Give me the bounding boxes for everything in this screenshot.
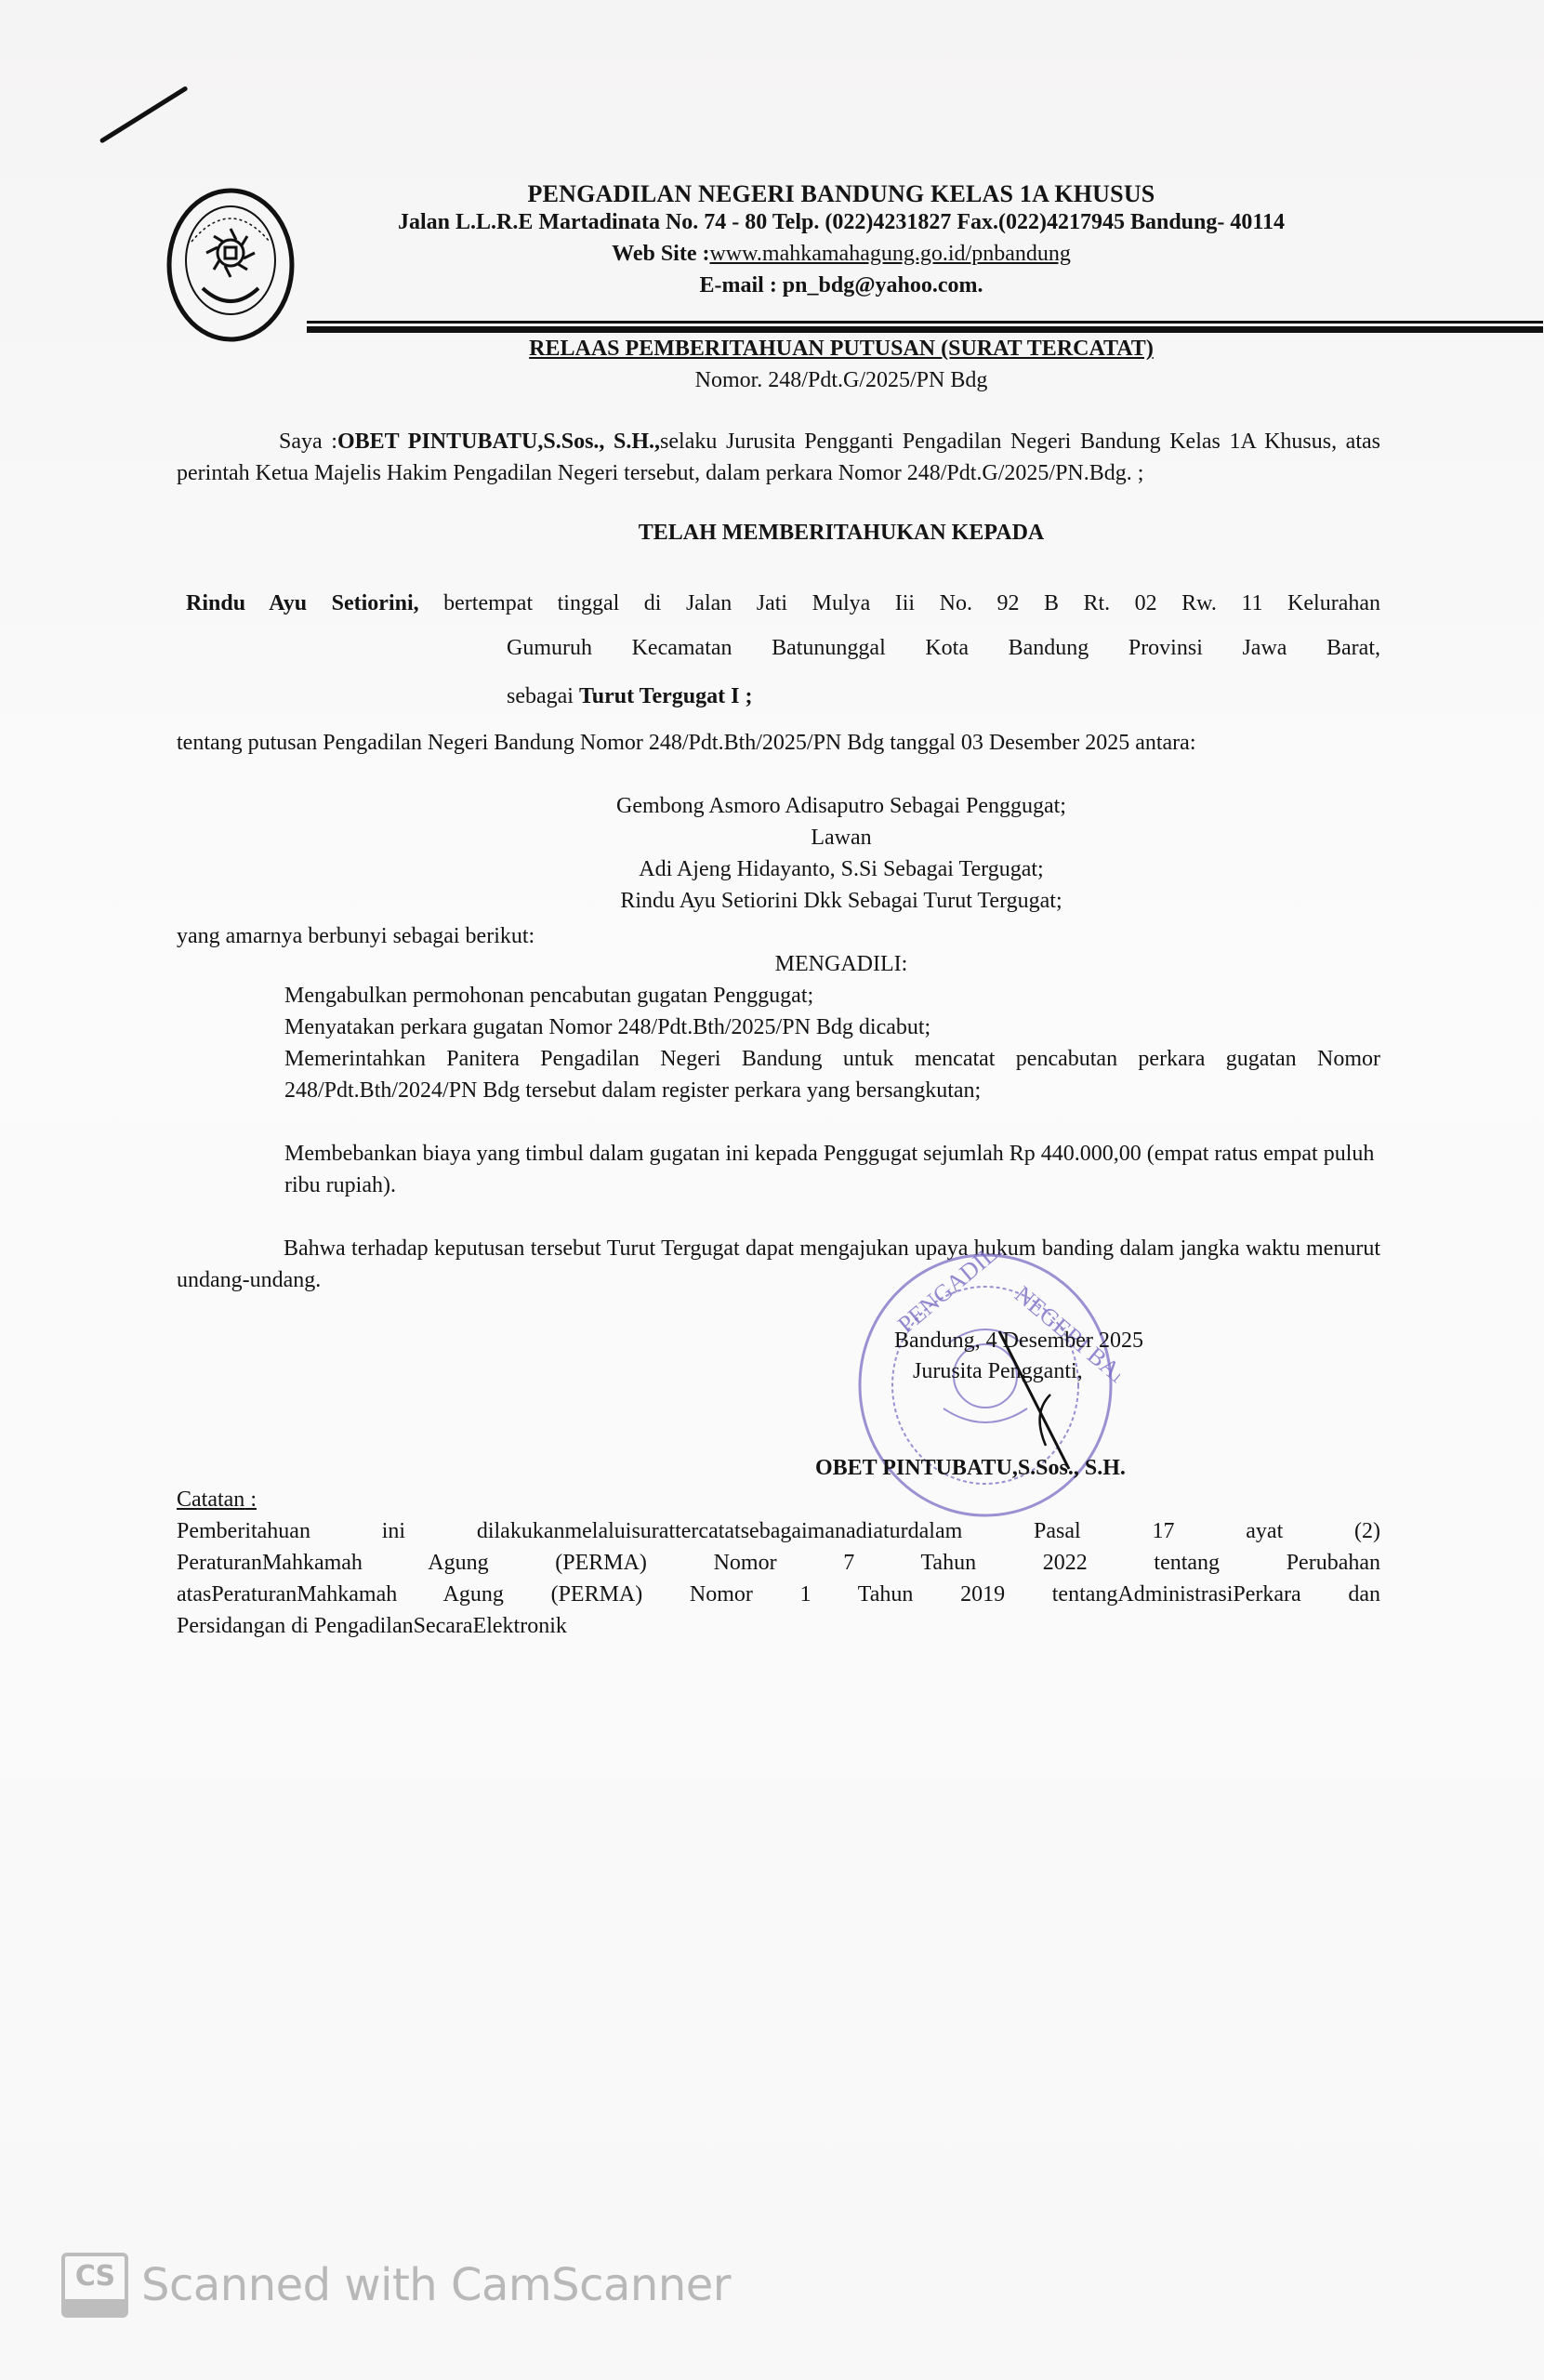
verdict-intro: yang amarnya berbunyi sebagai berikut: xyxy=(177,920,534,952)
officer-name: OBET PINTUBATU,S.Sos., S.H., xyxy=(337,430,660,454)
party-co-defendant: Rindu Ayu Setiorini Dkk Sebagai Turut Te… xyxy=(307,885,1376,917)
intro-paragraph: Saya :OBET PINTUBATU,S.Sos., S.H.,selaku… xyxy=(177,426,1380,489)
decision-reference: tentang putusan Pengadilan Negeri Bandun… xyxy=(177,727,1380,759)
document-title: RELAAS PEMBERITAHUAN PUTUSAN (SURAT TERC… xyxy=(307,337,1376,362)
verdict-item: Menyatakan perkara gugatan Nomor 248/Pdt… xyxy=(284,1011,1380,1043)
note-label: Catatan : xyxy=(177,1484,257,1515)
website-label: Web Site : xyxy=(612,242,709,266)
header-rule-thick xyxy=(307,326,1543,333)
note-body: Pemberitahuan ini dilakukanmelaluisuratt… xyxy=(177,1515,1380,1642)
recipient-address-line2: Gumuruh Kecamatan Batununggal Kota Bandu… xyxy=(507,632,1380,664)
header-rule-thin xyxy=(307,321,1543,324)
recipient-address-line1: bertempat tinggal di Jalan Jati Mulya Ii… xyxy=(443,591,1380,615)
document-number: Nomor. 248/Pdt.G/2025/PN Bdg xyxy=(307,368,1376,393)
party-versus: Lawan xyxy=(307,822,1376,853)
camscanner-watermark: CS Scanned with CamScanner xyxy=(61,2253,731,2318)
court-name: PENGADILAN NEGERI BANDUNG KELAS 1A KHUSU… xyxy=(307,180,1376,208)
court-email: E-mail : pn_bdg@yahoo.com. xyxy=(307,273,1376,298)
court-website: Web Site :www.mahkamahagung.go.id/pnband… xyxy=(307,242,1376,267)
recipient-role-value: Turut Tergugat I ; xyxy=(579,684,753,708)
notified-heading: TELAH MEMBERITAHUKAN KEPADA xyxy=(307,521,1376,546)
verdict-item: Mengabulkan permohonan pencabutan gugata… xyxy=(284,980,1380,1011)
camscanner-logo-icon: CS xyxy=(61,2253,128,2318)
verdict-heading: MENGADILI: xyxy=(307,948,1376,980)
watermark-text: Scanned with CamScanner xyxy=(141,2259,731,2311)
note-line: atasPeraturanMahkamah Agung (PERMA) Nomo… xyxy=(177,1579,1380,1610)
recipient-name: Rindu Ayu Setiorini, xyxy=(186,591,419,615)
recipient-line1: Rindu Ayu Setiorini, bertempat tinggal d… xyxy=(186,588,1380,619)
website-link[interactable]: www.mahkamahagung.go.id/pnbandung xyxy=(709,242,1070,266)
appeal-note: Bahwa terhadap keputusan tersebut Turut … xyxy=(177,1233,1380,1296)
verdict-item: Memerintahkan Panitera Pengadilan Negeri… xyxy=(284,1043,1380,1106)
note-line: PeraturanMahkamah Agung (PERMA) Nomor 7 … xyxy=(177,1547,1380,1579)
court-address: Jalan L.L.R.E Martadinata No. 74 - 80 Te… xyxy=(307,210,1376,235)
verdict-item: Membebankan biaya yang timbul dalam guga… xyxy=(284,1138,1380,1201)
signature-name: OBET PINTUBATU,S.Sos., S.H. xyxy=(815,1452,1126,1484)
intro-prefix: Saya : xyxy=(279,430,337,454)
party-plaintiff: Gembong Asmoro Adisaputro Sebagai Penggu… xyxy=(307,790,1376,822)
party-defendant: Adi Ajeng Hidayanto, S.Si Sebagai Tergug… xyxy=(307,853,1376,885)
recipient-role: sebagai Turut Tergugat I ; xyxy=(507,681,752,712)
note-line: Pemberitahuan ini dilakukanmelaluisuratt… xyxy=(177,1515,1380,1547)
note-line: Persidangan di PengadilanSecaraElektroni… xyxy=(177,1610,1380,1642)
court-seal-icon xyxy=(165,186,296,344)
